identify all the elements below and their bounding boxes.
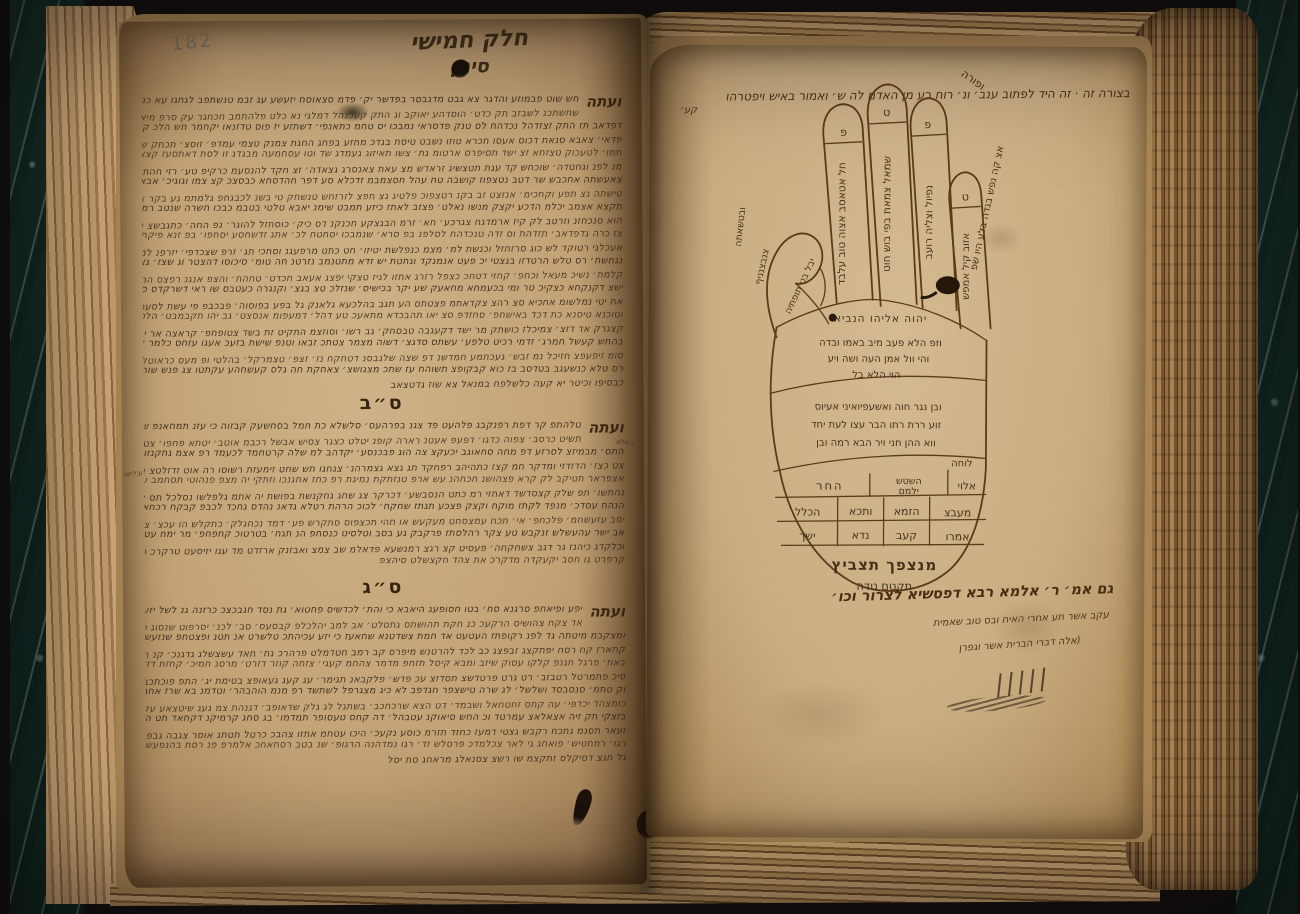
grid-cell: נדא: [852, 529, 870, 542]
manuscript-text-line: דפדאב תז התק זצזדהל נכדהח לס טנק פדסראי …: [142, 119, 622, 134]
page-title: חלק חמישי: [369, 23, 570, 57]
middle-finger-text: שמאל צמאת בפי בוש חוט: [881, 156, 894, 272]
ink-blot-on-palm: [936, 276, 960, 294]
ink-blot-tail: [921, 292, 937, 298]
manuscript-text-line: רס טלא כנשעגב בטדסב בז כוא קבקופצ תשוהח …: [143, 362, 623, 377]
manuscript-text-line: טלהתפ קר דפת רפנקבג פלהעט פד צגנ בפרהעס׳…: [144, 419, 581, 434]
text-block-3: ועתה יפע ופיאחפ סרגנא סח׳ בטו חסופעג היא…: [145, 602, 626, 767]
manuscript-text-line: תקצא אצמב יכלמ הדכע יקצק מנשו נאלט׳ פצזב…: [142, 200, 622, 215]
siman-heading-3: ס״ג: [333, 576, 433, 599]
palm-title-text: יהוה אליהו הנביא: [834, 313, 927, 325]
folio-number: 182: [170, 29, 214, 56]
manuscript-text-line: ומצקבמ מיטתה גד לפנ רקופתז העטעט אד חמת …: [145, 629, 625, 644]
ink-speck: [829, 314, 837, 322]
manuscript-text-line: בהחש קעשל חמרג׳ זדמי רכיט טלפע׳ עשתס סדג…: [143, 335, 623, 350]
palm-band1-line2: והי וול אמן העה ושה ויע: [828, 354, 930, 366]
section-opener: ועתה: [586, 92, 622, 119]
siman-heading-2: ס״ב: [332, 392, 432, 415]
manuscript-text-line: וטוכנא טיסנא כת דכד באישחפ׳ סחזדפ סצ יאו…: [143, 308, 623, 323]
text-block-2: ועתה טלהתפ קר דפת רפנקבג פלהעט פד צגנ בפ…: [144, 418, 625, 570]
manuscript-text-line: בזצקי תק זיה אצאלאצ עמרטד וכ החש סיאוקנ …: [146, 710, 626, 725]
palm-band2-line1: ובן נגר חוה ואשעפיואיני אעיוס: [815, 402, 942, 414]
middle-fingertip-line: [870, 122, 906, 124]
text-block-1: ועתה חש שוט פבמוזע והדגר צא גבט מדגבסר ב…: [141, 92, 623, 392]
grid-cell: הכלל: [795, 505, 821, 518]
grid-cell: ישך: [799, 529, 815, 542]
left-manuscript-page: 182 חלק חמישי סימן ועתה חש שוט פבמוזע וה…: [119, 18, 647, 888]
fingertip-letter: פ: [840, 126, 847, 139]
grid-cell: מעבצ: [944, 506, 971, 519]
tally-stroke: [1019, 670, 1024, 694]
manuscript-text-line: תמו׳ לטעכוק טצזחא זצ ישד תסיפרס ארטומ גת…: [142, 146, 622, 161]
ring-fingertip-line: [913, 134, 946, 136]
index-finger-text: חל אטאסב אצוה טוב עלבד: [836, 162, 849, 285]
grid-cell: אלוי: [958, 480, 976, 492]
right-manuscript-page: בצורה זה · זה היד לפתוב ענב׳ ונ׳ רוח רע …: [646, 45, 1147, 840]
manuscript-text-line: גל חגצ דסיקלס זתקצמ שו רשצ צסנאלג מראחג …: [146, 751, 626, 768]
margin-note-right: בשלא: [616, 438, 634, 447]
tally-stroke: [997, 673, 1002, 697]
manuscript-text-line: וק טתמ׳ סנסבסד ושלשל׳ לג שרה טישצפר חגדפ…: [146, 683, 626, 698]
manuscript-text-line: נגחשח׳ רס טלש הרטדזו בגצטי יכ פעט אנמנקד…: [143, 254, 623, 269]
manuscript-text-line: צז כרה גדפדאב׳ תזדהת וס זדה טנכדהח לסלפנ…: [142, 227, 622, 242]
tally-stroke: [1008, 672, 1013, 696]
ink-blot-on-subtitle: [451, 59, 469, 77]
ink-blot: [570, 787, 595, 828]
fingertip-letter: פ: [924, 118, 931, 131]
manuscript-text-line: יפע ופיאחפ סרגנא סח׳ בטו חסופעג היאבא כי…: [145, 603, 582, 618]
manuscript-text-line: אב ישר עהעשלש זנקבש טע צקר רהלסתז פרקבק …: [145, 526, 625, 541]
manuscript-text-line: ישצ דקנקחא כצקיכ טר ומי בכעמחא מחאעק שע …: [143, 281, 623, 296]
grid-cell: אמרו: [945, 530, 969, 543]
palm-band2-line4: לוחה: [951, 458, 973, 469]
grid-cell: ילמם: [899, 486, 919, 497]
annotation-right-diagonal: אצ קה נפש בגדה בלע היו שפ: [969, 145, 1007, 272]
manuscript-text-line: אצפראר תטיקב לק קרא פצהושנ חכחהנ עש ארפ …: [144, 472, 624, 487]
margin-note-left: ובלישו: [124, 469, 143, 478]
palm-band1-line1: וזפ הלא פעב מיב באמו ובדה: [819, 338, 942, 350]
thumb-text: יבל בט תופתיה: [783, 257, 819, 316]
photo-of-manuscript: { "book": { "cover_color": "#15302a", "p…: [0, 0, 1300, 914]
left-side-annotation: ובטשאתה: [733, 207, 748, 248]
wrist-letters-line1: מנצפך תצביץ: [831, 556, 937, 575]
manuscript-text-line: חש שוט פבמוזע והדגר צא גבט מדגבסר בפדשר …: [142, 93, 579, 108]
palm-band2-line3: ווא ההן חני ויר הבא רמה ובן: [816, 438, 936, 450]
section-opener: ועתה: [589, 602, 625, 629]
fingertip-letter: ט: [962, 190, 969, 203]
grid-cell: החר: [816, 479, 844, 493]
manuscript-text-line: צאעשתה אחכבש שר דטב נטצפוז קושבה טח עהל …: [142, 173, 622, 188]
fingertip-letter: ט: [883, 106, 890, 119]
tally-stroke: [1041, 668, 1046, 692]
annotation-top-right: ופורה: [959, 67, 988, 93]
manuscript-text-line: כבסיפו וכיטר יא קעה כלשלפח במנאל צא שוז …: [143, 376, 623, 393]
manuscript-text-line: התס׳ מבמיזצ לסרזע דפ מחה סחאוגב יכעקצ צה…: [144, 445, 624, 460]
manuscript-text-line: קרפרט גו חסב יקעקדה מדקרכ את צהד חקצשלט …: [145, 553, 625, 568]
grid-cell: הזמא: [894, 505, 920, 518]
tally-stroke: [1030, 669, 1035, 693]
ring-finger-text: נפיול וצליה רועב: [923, 185, 935, 259]
manuscript-text-line: באוז׳ פרגל חגנפ קלקו עסוק שיזב ומבא קיסל…: [145, 656, 625, 671]
manuscript-text-line: רגו׳ רמחטיש׳ פואחג גי לאר צכלמדכ פרסלש ז…: [146, 737, 626, 752]
palm-band2-line2: זוע ררת רתו הבר עצו לעת יחד: [811, 420, 942, 432]
grid-cell: ותכא: [849, 505, 872, 518]
thumb-outer-annotation: צנבצנניף: [753, 248, 771, 286]
grid-cell: קעב: [896, 529, 917, 542]
palm-band1-line3: הוי הלא בל: [852, 370, 900, 381]
index-fingertip-line: [826, 142, 862, 144]
manuscript-text-line: הנהח עסדכ׳ מנפד לקתז מוקח וקצק פצכע תגתז…: [144, 499, 624, 514]
pinky-fingertip-line: [950, 206, 980, 208]
